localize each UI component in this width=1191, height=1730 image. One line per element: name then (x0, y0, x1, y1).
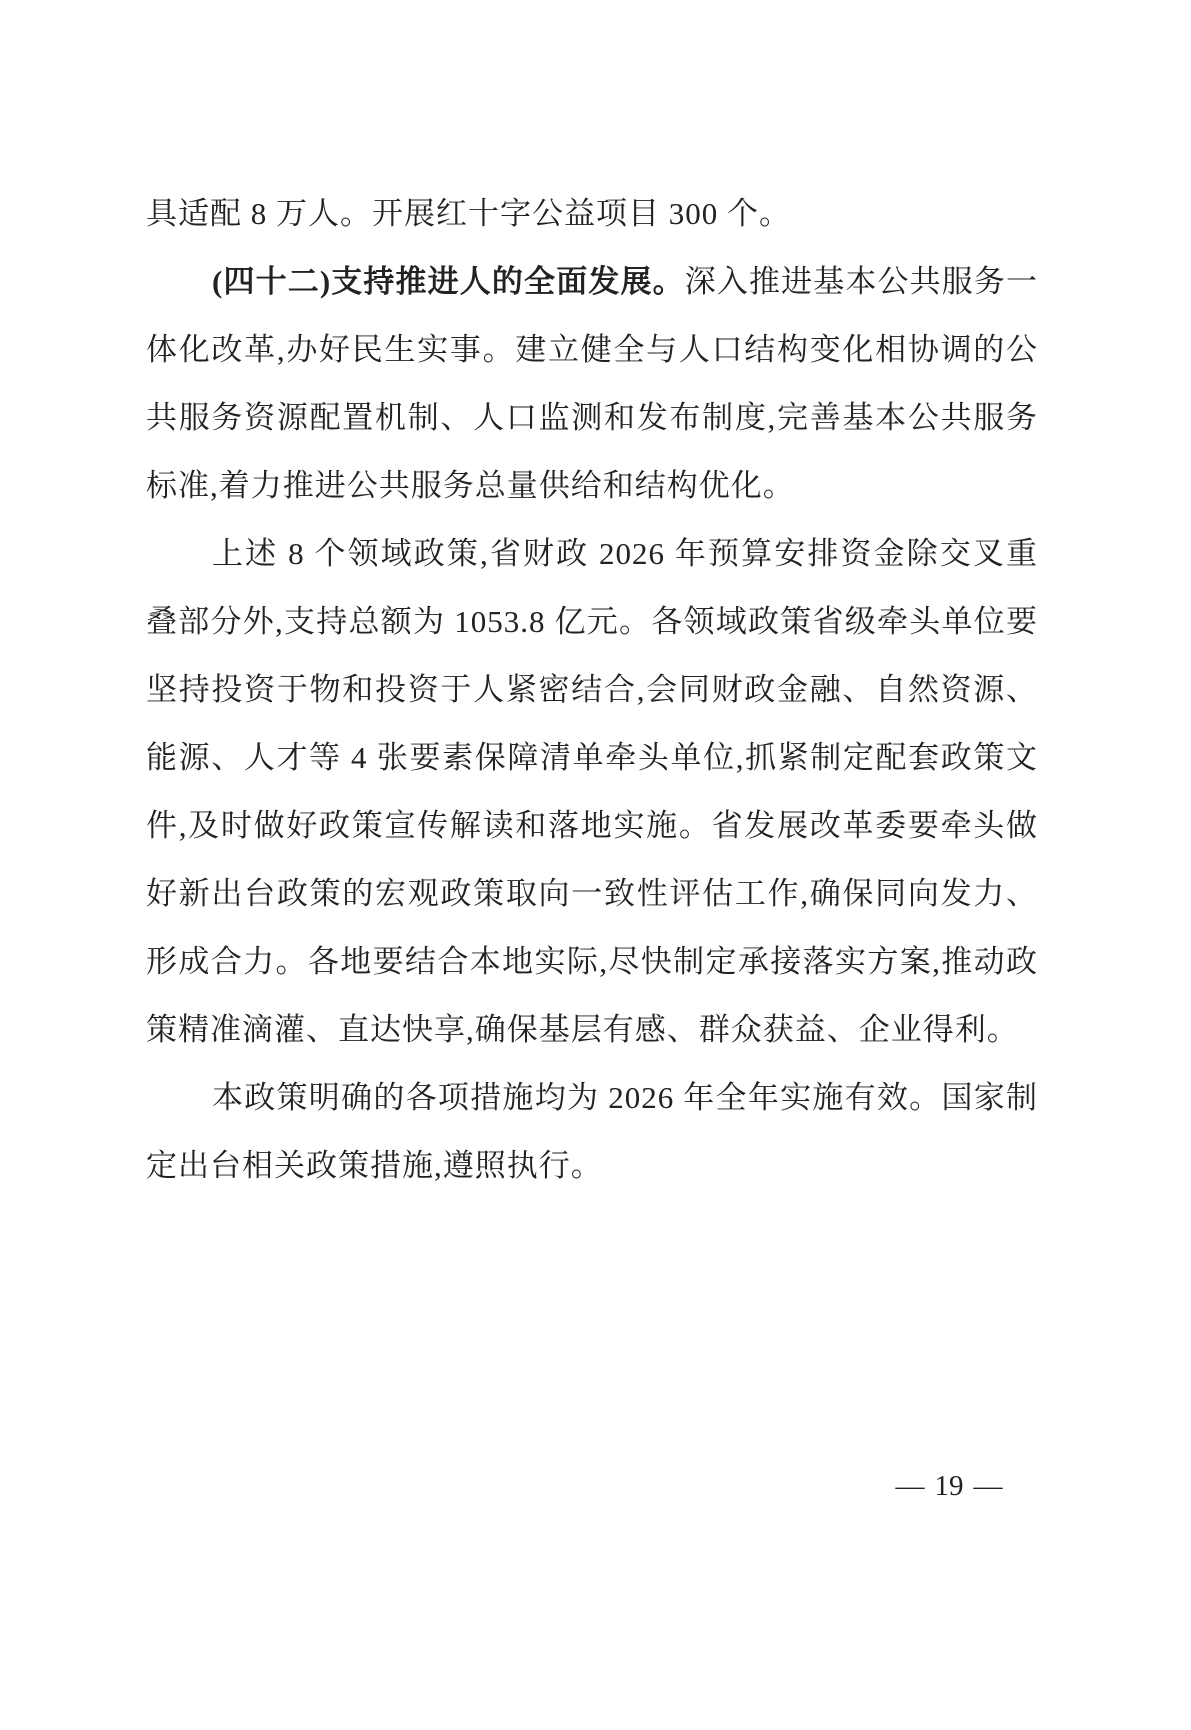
page-number-dash-left: — (886, 1470, 935, 1502)
page-number: —19— (884, 1466, 1014, 1506)
document-body: 具适配 8 万人。开展红十字公益项目 300 个。 (四十二)支持推进人的全面发… (146, 180, 1038, 1200)
paragraph-text: 本政策明确的各项措施均为 2026 年全年实施有效。国家制定出台相关政策措施,遵… (146, 1080, 1038, 1183)
paragraph-text: 上述 8 个领域政策,省财政 2026 年预算安排资金除交叉重叠部分外,支持总额… (146, 536, 1038, 1047)
paragraph-effective-period: 本政策明确的各项措施均为 2026 年全年实施有效。国家制定出台相关政策措施,遵… (146, 1064, 1038, 1200)
page-number-value: 19 (935, 1470, 964, 1502)
paragraph-summary: 上述 8 个领域政策,省财政 2026 年预算安排资金除交叉重叠部分外,支持总额… (146, 520, 1038, 1064)
paragraph-text: 具适配 8 万人。开展红十字公益项目 300 个。 (146, 196, 791, 231)
paragraph-text: 深入推进基本公共服务一体化改革,办好民生实事。建立健全与人口结构变化相协调的公共… (146, 264, 1038, 503)
document-page: 具适配 8 万人。开展红十字公益项目 300 个。 (四十二)支持推进人的全面发… (0, 0, 1191, 1730)
page-number-dash-right: — (964, 1470, 1013, 1502)
paragraph-section-42: (四十二)支持推进人的全面发展。深入推进基本公共服务一体化改革,办好民生实事。建… (146, 248, 1038, 520)
section-heading: (四十二)支持推进人的全面发展。 (212, 264, 685, 299)
paragraph-continuation: 具适配 8 万人。开展红十字公益项目 300 个。 (146, 180, 1038, 248)
